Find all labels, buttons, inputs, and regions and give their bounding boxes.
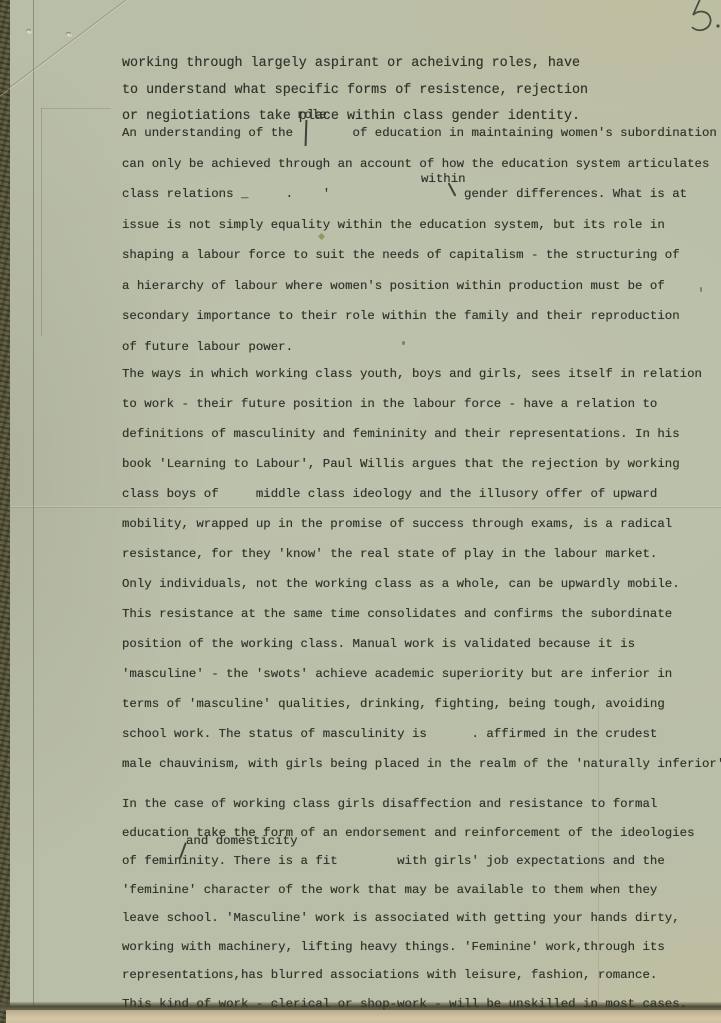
page-number (672, 0, 721, 38)
text-line: a hierarchy of labour where women's posi… (122, 271, 717, 302)
binding-edge (0, 0, 10, 1023)
text-line: male chauvinism, with girls being placed… (122, 749, 721, 779)
text-line: 'masculine' - the 'swots' achieve academ… (122, 659, 721, 689)
text-line: resistance, for they 'know' the real sta… (122, 539, 721, 569)
text-line: school work. The status of masculinity i… (122, 719, 721, 749)
text-line: position of the working class. Manual wo… (122, 629, 721, 659)
text-line: An understanding of the of education in … (122, 118, 717, 149)
text-line: This kind of work - clerical or shop-wor… (122, 990, 695, 1019)
staple-hole (66, 32, 71, 36)
page-edge-line (33, 0, 34, 1023)
text-line: can only be achieved through an account … (122, 149, 717, 180)
inserted-word-within: within (421, 172, 466, 186)
text-line: secondary importance to their role withi… (122, 301, 717, 332)
text-line: issue is not simply equality within the … (122, 210, 717, 241)
paragraph-education-role: An understanding of the of education in … (122, 118, 717, 362)
text-line: working with machinery, lifting heavy th… (122, 933, 695, 962)
text-line: terms of 'masculine' qualities, drinking… (122, 689, 721, 719)
crease-horizontal (41, 108, 111, 109)
inserted-word-role: role (297, 108, 327, 122)
text-line: Only individuals, not the working class … (122, 569, 721, 599)
text-line: 'feminine' character of the work that ma… (122, 876, 695, 905)
text-line: of future labour power. (122, 332, 717, 363)
paragraph-willis-boys: The ways in which working class youth, b… (122, 359, 721, 779)
text-line: leave school. 'Masculine' work is associ… (122, 904, 695, 933)
text-line: working through largely aspirant or ache… (122, 51, 588, 78)
text-line: mobility, wrapped up in the promise of s… (122, 509, 721, 539)
paragraph-girls-work: In the case of working class girls disaf… (122, 790, 695, 1018)
text-line: In the case of working class girls disaf… (122, 790, 695, 819)
text-line: definitions of masculinity and femininit… (122, 419, 721, 449)
text-line: to understand what specific forms of res… (122, 78, 588, 105)
page-number-period (716, 24, 719, 27)
crease-vertical (41, 108, 42, 336)
text-line: class boys of middle class ideology and … (122, 479, 721, 509)
text-line: This resistance at the same time consoli… (122, 599, 721, 629)
document-page: working through largely aspirant or ache… (0, 0, 721, 1023)
inserted-phrase-and-domesticity: and domesticity (186, 834, 298, 848)
text-line: book 'Learning to Labour', Paul Willis a… (122, 449, 721, 479)
text-line: representations,has blurred associations… (122, 961, 695, 990)
staple-hole (26, 29, 31, 33)
text-line: shaping a labour force to suit the needs… (122, 240, 717, 271)
text-line: class relations _ . ' gender differences… (122, 179, 717, 210)
text-line: The ways in which working class youth, b… (122, 359, 721, 389)
text-line: to work - their future position in the l… (122, 389, 721, 419)
text-line: of femininity. There is a fit with girls… (122, 847, 695, 876)
